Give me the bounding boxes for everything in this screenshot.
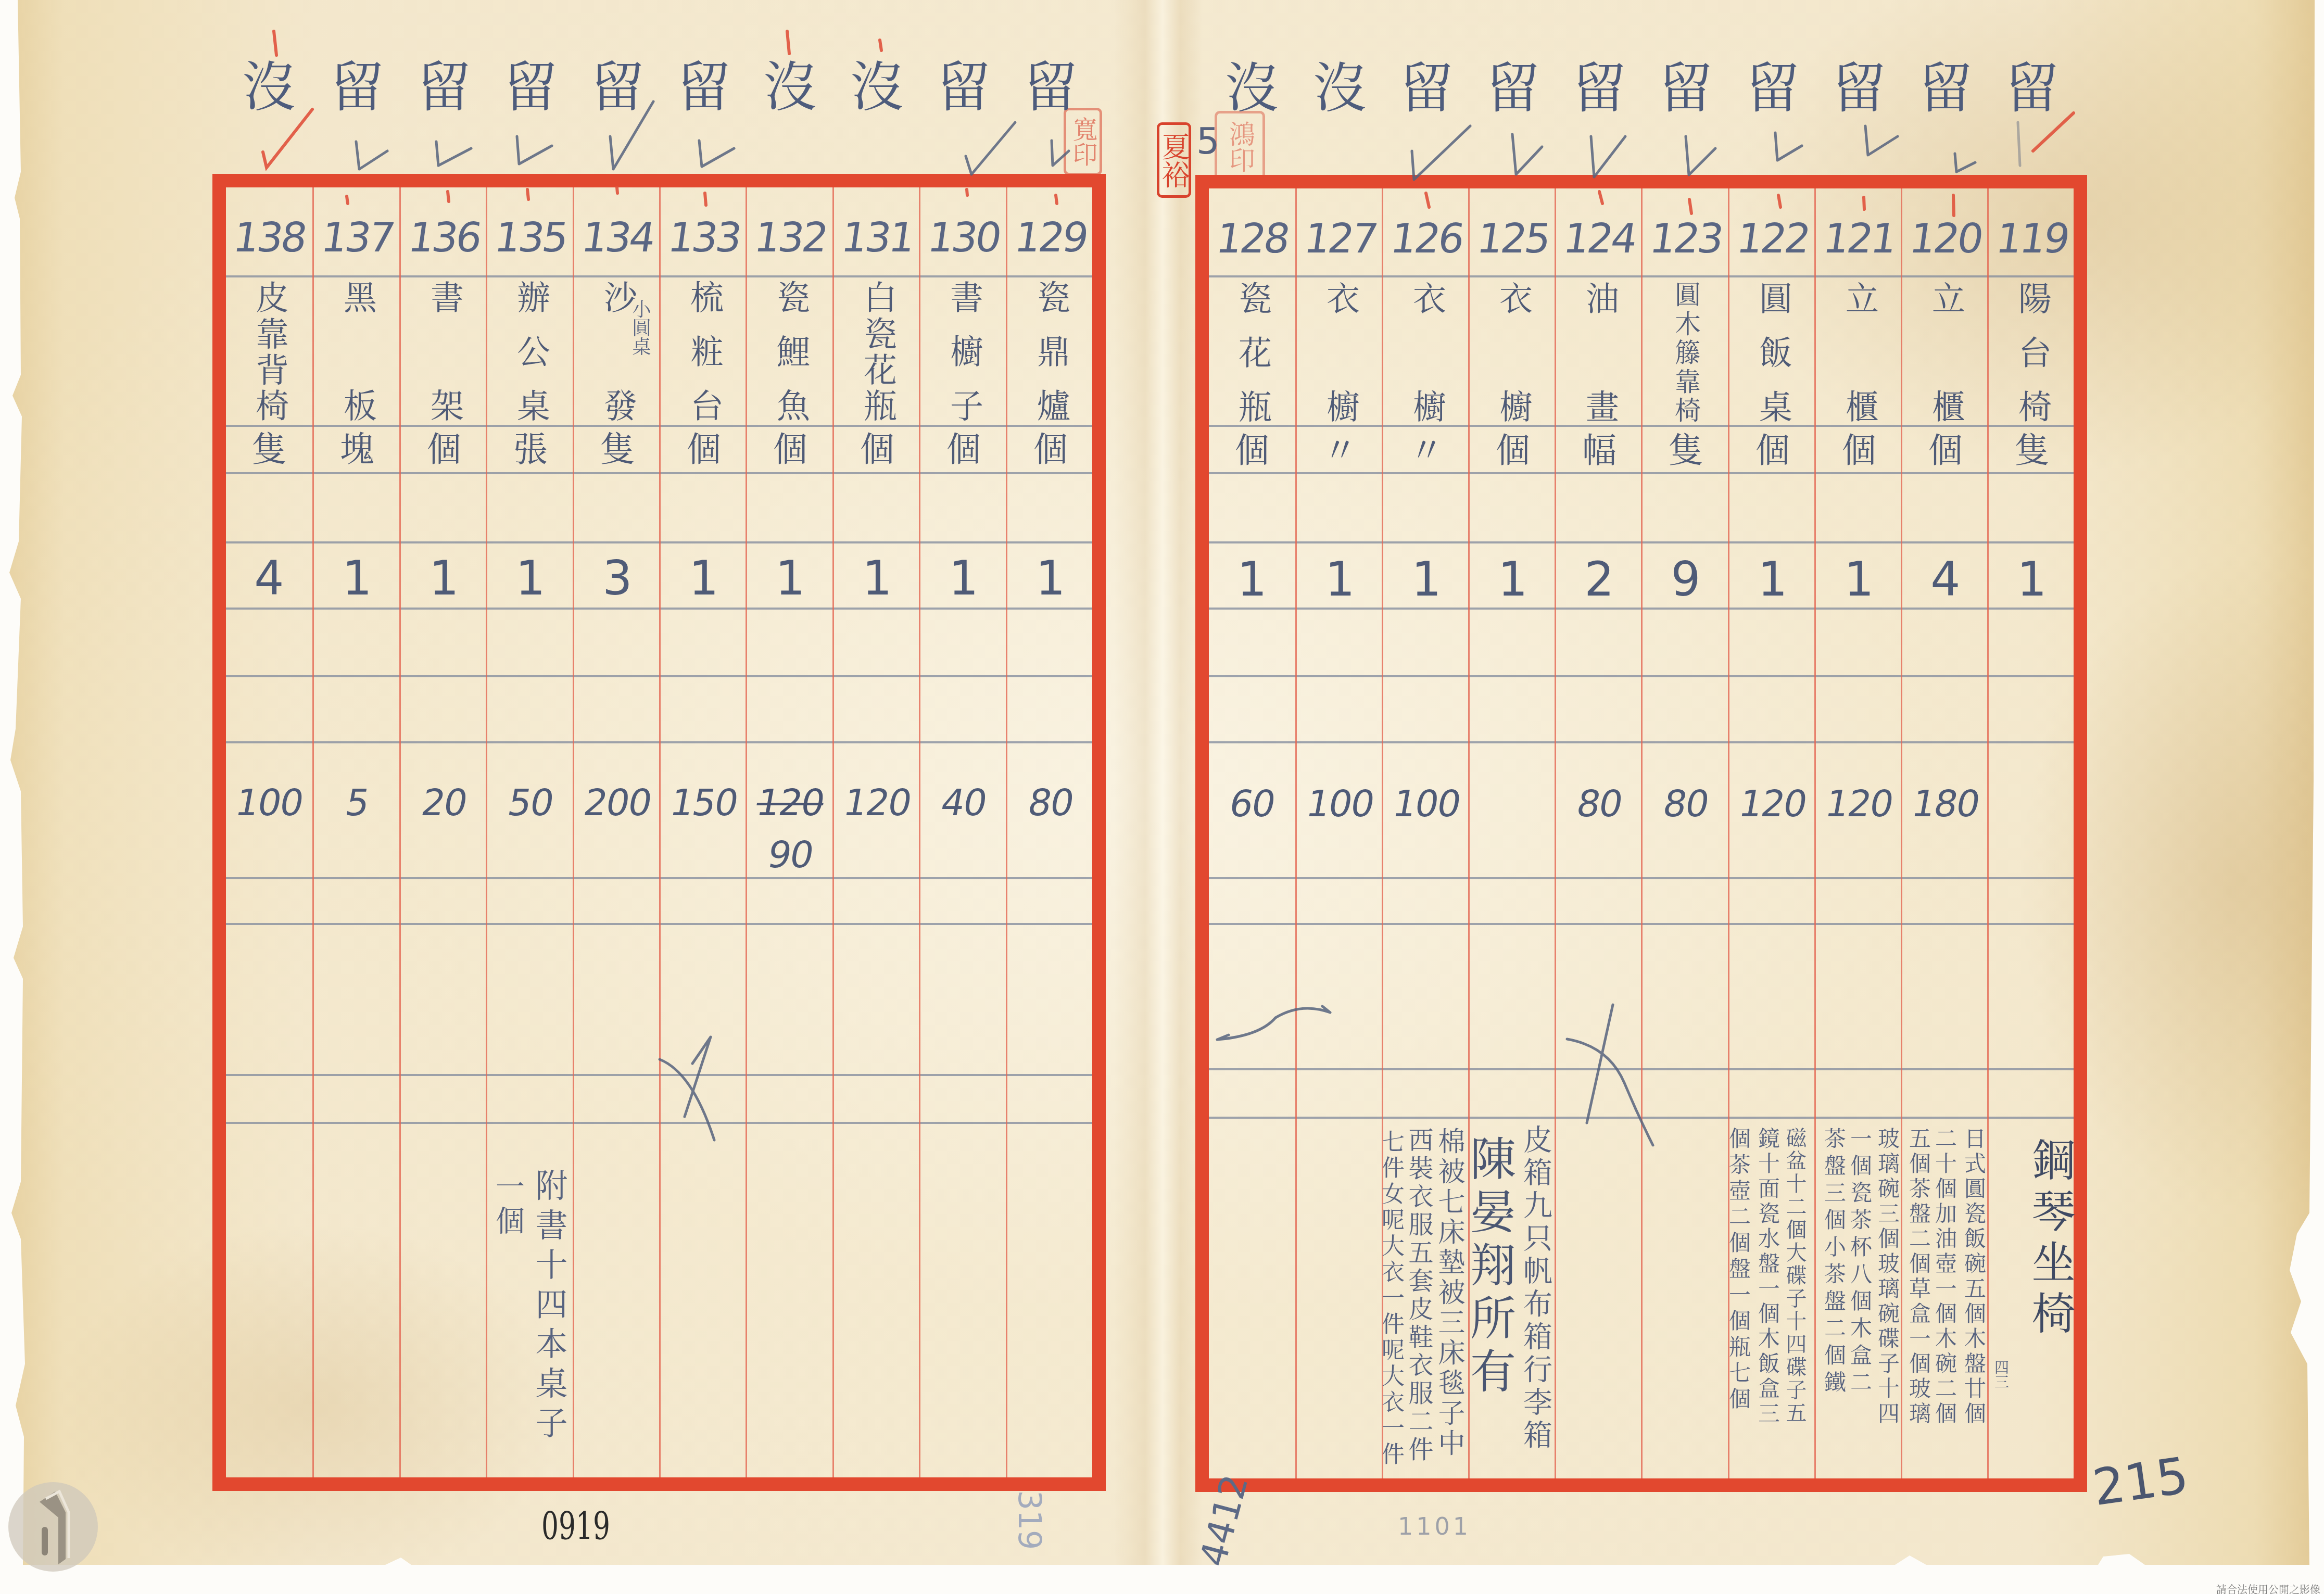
item-name: 衣櫥 xyxy=(1470,281,1556,423)
item-number: 134 xyxy=(570,209,664,267)
item-unit: 張 xyxy=(487,428,574,472)
item-quantity: 1 xyxy=(920,553,1007,605)
item-quantity: 1 xyxy=(1470,554,1556,606)
item-quantity: 1 xyxy=(661,553,747,605)
status-mark: 沒 xyxy=(1297,57,1383,120)
note-tableware-line: 個茶壺二個盤一個瓶七個 xyxy=(1725,1127,1751,1413)
ledger-column-128: 沒 128 瓷花瓶 個 1 60 xyxy=(1209,188,1295,1478)
item-unit: 〃 xyxy=(1297,429,1383,473)
item-number: 128 xyxy=(1205,210,1299,268)
status-mark: 留 xyxy=(1989,57,2075,120)
item-name: 書架 xyxy=(401,280,487,422)
item-price: 200 xyxy=(570,777,665,829)
item-name: 圓木籐靠椅 xyxy=(1643,281,1729,423)
ledger-column-138: 沒 138 皮靠背椅 隻 4 100 xyxy=(226,187,312,1477)
item-unit: 隻 xyxy=(1989,429,2075,473)
item-name: 圓飯桌 xyxy=(1729,281,1816,423)
item-name: 衣櫥 xyxy=(1383,281,1470,423)
note-coats: 七件女呢大衣一件呢大衣一件 xyxy=(1377,1130,1404,1468)
status-mark: 留 xyxy=(1902,57,1989,120)
item-number: 133 xyxy=(656,209,751,267)
status-mark: 留 xyxy=(1556,57,1643,120)
status-mark: 沒 xyxy=(747,56,833,119)
item-number: 123 xyxy=(1638,210,1733,268)
item-price-corrected: 90 xyxy=(742,829,838,881)
item-unit: 個 xyxy=(1729,429,1816,473)
item-quantity: 1 xyxy=(1007,553,1094,605)
item-price: 180 xyxy=(1898,778,1993,830)
item-price: 20 xyxy=(396,777,492,829)
item-number: 136 xyxy=(397,209,491,267)
item-price: 100 xyxy=(221,777,317,829)
item-price: 40 xyxy=(916,777,1012,829)
item-unit: 〃 xyxy=(1383,429,1470,473)
ledger-table-left: 沒 138 皮靠背椅 隻 4 100 留 137 黑板 塊 1 5 留 136 … xyxy=(212,174,1106,1491)
item-quantity: 1 xyxy=(1209,554,1295,606)
status-mark: 留 xyxy=(1729,57,1816,120)
item-unit: 個 xyxy=(1902,429,1989,473)
item-quantity: 1 xyxy=(1816,554,1902,606)
item-name: 辦公桌 xyxy=(487,280,574,422)
pencil-page-number-faint: 1101 xyxy=(1398,1512,1471,1540)
item-number: 124 xyxy=(1552,210,1646,268)
item-price: 5 xyxy=(309,777,405,829)
item-price-struck: 120 xyxy=(742,777,838,829)
ledger-column-123: 留 123 圓木籐靠椅 隻 9 80 xyxy=(1641,188,1727,1478)
center-fold xyxy=(1114,0,1203,1565)
item-price: 150 xyxy=(656,777,752,829)
status-mark: 留 xyxy=(487,56,574,119)
status-mark: 留 xyxy=(314,56,400,119)
pencil-page-number: 319 xyxy=(1011,1490,1047,1550)
note-tableware-line: 日式圓瓷飯碗五個木盤廿個 xyxy=(1961,1127,1987,1427)
note-tableware-line: 二十個加油壺一個木碗二個 xyxy=(1931,1127,1957,1427)
note-piano-stool: 鋼琴坐椅 xyxy=(2027,1137,2074,1342)
ledger-column-137: 留 137 黑板 塊 1 5 xyxy=(312,187,399,1477)
note-clothing: 西裝衣服五套皮鞋衣服二件 xyxy=(1404,1127,1433,1464)
footer-notice: 請合法使用公開之影像 xyxy=(2216,1582,2320,1594)
note-tableware-line: 五個茶盤二個草盒一個玻璃 xyxy=(1905,1127,1931,1427)
item-name: 梳粧台 xyxy=(661,280,747,422)
item-number: 122 xyxy=(1725,210,1820,268)
item-price: 120 xyxy=(1725,778,1821,830)
item-name: 立櫃 xyxy=(1902,281,1989,423)
item-unit: 個 xyxy=(1816,429,1902,473)
item-name: 陽台椅 xyxy=(1989,281,2075,423)
item-name: 皮靠背椅 xyxy=(226,280,312,422)
note-attached-books: 附書十四本桌子 xyxy=(531,1169,566,1446)
item-quantity: 1 xyxy=(487,553,574,605)
item-quantity: 1 xyxy=(1297,554,1383,606)
note-tableware-line: 一個瓷茶杯八個木盒二 xyxy=(1847,1127,1873,1398)
item-unit: 個 xyxy=(834,428,920,472)
seal-right: 鴻印 xyxy=(1215,111,1265,182)
item-unit: 隻 xyxy=(226,428,312,472)
ledger-column-133: 留 133 梳粧台 個 1 150 xyxy=(659,187,746,1477)
note-tableware-line: 鏡十面瓷水盤一個木飯盒三 xyxy=(1754,1127,1780,1427)
item-price: 60 xyxy=(1204,778,1300,830)
status-mark: 留 xyxy=(661,56,747,119)
item-quantity: 1 xyxy=(314,553,400,605)
item-number: 131 xyxy=(830,209,924,267)
archive-emblem-icon xyxy=(7,1481,98,1572)
item-name: 立櫃 xyxy=(1816,281,1902,423)
status-mark: 留 xyxy=(1383,57,1470,120)
item-quantity: 1 xyxy=(1989,554,2075,606)
item-name: 瓷花瓶 xyxy=(1209,281,1295,423)
item-unit: 個 xyxy=(661,428,747,472)
item-quantity: 4 xyxy=(226,553,312,605)
item-price: 120 xyxy=(829,777,925,829)
item-price: 80 xyxy=(1003,777,1098,829)
ledger-column-127: 沒 127 衣櫥 〃 1 100 xyxy=(1295,188,1382,1478)
status-mark: 留 xyxy=(1470,57,1556,120)
item-price: 80 xyxy=(1638,778,1734,830)
seal-pencil-note: 5 xyxy=(1196,120,1220,162)
item-number: 119 xyxy=(1985,210,2079,268)
status-mark: 沒 xyxy=(1209,57,1295,120)
item-number: 126 xyxy=(1379,210,1473,268)
item-price: 80 xyxy=(1551,778,1647,830)
item-unit: 個 xyxy=(920,428,1007,472)
item-unit: 幅 xyxy=(1556,429,1643,473)
item-name: 瓷鼎爐 xyxy=(1007,280,1094,422)
item-number: 125 xyxy=(1466,210,1560,268)
item-name: 衣櫥 xyxy=(1297,281,1383,423)
item-annotation: 小圓桌 xyxy=(628,299,651,388)
status-mark: 留 xyxy=(1007,56,1094,119)
item-quantity: 1 xyxy=(1729,554,1816,606)
item-price: 100 xyxy=(1379,778,1474,830)
item-number: 120 xyxy=(1898,210,1992,268)
item-unit: 個 xyxy=(1209,429,1295,473)
item-name: 白瓷花瓶 xyxy=(834,280,920,422)
item-quantity: 1 xyxy=(834,553,920,605)
item-unit: 個 xyxy=(747,428,833,472)
seal-center: 夏裕 xyxy=(1157,122,1191,198)
note-attached-count: 一個 xyxy=(490,1171,525,1240)
item-unit: 隻 xyxy=(1643,429,1729,473)
status-mark: 留 xyxy=(1643,57,1729,120)
item-name: 黑板 xyxy=(314,280,400,422)
item-unit: 個 xyxy=(1007,428,1094,472)
item-name: 油畫 xyxy=(1556,281,1643,423)
item-quantity: 1 xyxy=(1383,554,1470,606)
status-mark: 沒 xyxy=(226,56,312,119)
item-price: 50 xyxy=(483,777,578,829)
item-quantity: 1 xyxy=(401,553,487,605)
status-mark: 沒 xyxy=(834,56,920,119)
ledger-column-131: 沒 131 白瓷花瓶 個 1 120 xyxy=(832,187,919,1477)
note-tableware-line: 玻璃碗三個玻璃碗碟子十四 xyxy=(1874,1127,1900,1427)
item-quantity: 9 xyxy=(1643,554,1729,606)
item-quantity: 4 xyxy=(1902,554,1989,606)
ledger-column-134: 留 134 沙發 小圓桌 隻 3 200 xyxy=(573,187,659,1477)
status-mark: 留 xyxy=(574,56,661,119)
ledger-column-136: 留 136 書架 個 1 20 xyxy=(399,187,486,1477)
ledger-column-124: 留 124 油畫 幅 2 80 xyxy=(1555,188,1641,1478)
item-unit: 隻 xyxy=(574,428,661,472)
item-quantity: 2 xyxy=(1556,554,1643,606)
item-name: 書櫥子 xyxy=(920,280,1007,422)
item-price: 100 xyxy=(1292,778,1388,830)
item-number: 138 xyxy=(222,209,316,267)
note-tableware-line: 磁盆十二個大碟子十四碟子五 xyxy=(1782,1127,1808,1425)
ledger-column-129: 留 129 瓷鼎爐 個 1 80 xyxy=(1006,187,1092,1477)
item-number: 135 xyxy=(483,209,577,267)
item-number: 127 xyxy=(1293,210,1387,268)
item-unit: 個 xyxy=(401,428,487,472)
note-margin-count: 四三 xyxy=(1992,1360,2010,1389)
note-owner: 陳晏翔所有 xyxy=(1466,1135,1513,1400)
item-number: 130 xyxy=(916,209,1011,267)
item-number: 129 xyxy=(1003,209,1097,267)
status-mark: 留 xyxy=(1816,57,1902,120)
item-number: 137 xyxy=(310,209,404,267)
item-quantity: 3 xyxy=(574,553,661,605)
item-number: 132 xyxy=(743,209,837,267)
note-luggage: 皮箱九只帆布箱行李箱 xyxy=(1519,1124,1551,1452)
status-mark: 留 xyxy=(920,56,1007,119)
item-price: 120 xyxy=(1811,778,1907,830)
item-name: 瓷鯉魚 xyxy=(747,280,833,422)
ledger-column-132: 沒 132 瓷鯉魚 個 1 120 90 xyxy=(746,187,832,1477)
note-bedding: 棉被七床墊被三床毯子中 xyxy=(1433,1127,1465,1459)
note-tableware-line: 茶盤三個小茶盤二個鐵 xyxy=(1821,1127,1847,1398)
ledger-column-130: 留 130 書櫥子 個 1 40 xyxy=(919,187,1005,1477)
item-number: 121 xyxy=(1812,210,1906,268)
status-mark: 留 xyxy=(401,56,487,119)
item-unit: 塊 xyxy=(314,428,400,472)
stamp-number: 0919 xyxy=(541,1504,610,1548)
item-unit: 個 xyxy=(1470,429,1556,473)
item-quantity: 1 xyxy=(747,553,833,605)
